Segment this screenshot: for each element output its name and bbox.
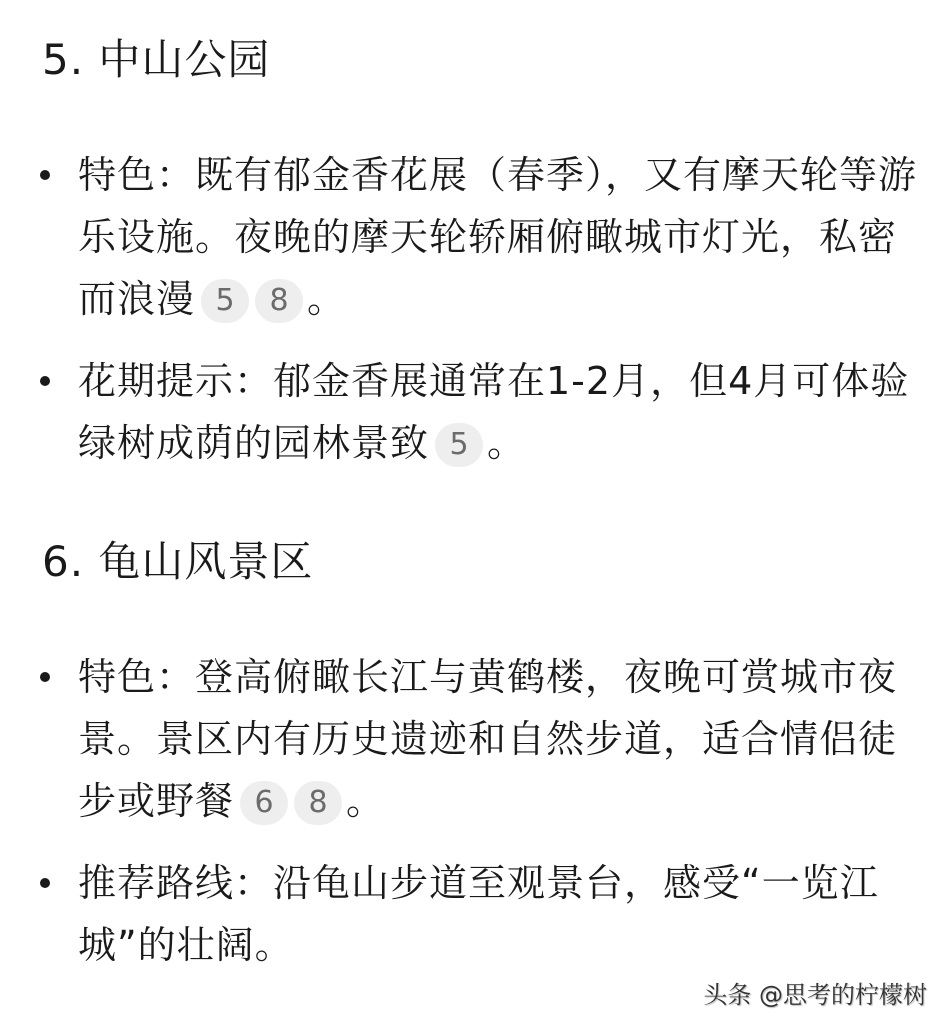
bullet-icon [40, 878, 50, 888]
list-item-feature: 特色：登高俯瞰长江与黄鹤楼，夜晚可赏城市夜景。景区内有历史遗迹和自然步道，适合情… [40, 646, 920, 832]
bullet-icon [40, 170, 50, 180]
citation-chip-6[interactable]: 6 [240, 781, 288, 825]
section-title-guishan-scenic-area: 6. 龟山风景区 [42, 532, 313, 592]
citation-chip-8[interactable]: 8 [294, 781, 342, 825]
section-title-zhongshan-park: 5. 中山公园 [42, 30, 270, 90]
item-end-punct: 。 [487, 421, 526, 465]
watermark: 头条 @思考的柠檬树 [703, 975, 927, 1010]
item-end-punct: 。 [346, 779, 385, 823]
item-text: 特色：登高俯瞰长江与黄鹤楼，夜晚可赏城市夜景。景区内有历史遗迹和自然步道，适合情… [78, 655, 897, 823]
list-item-bloom-tip: 花期提示：郁金香展通常在1-2月，但4月可体验绿树成荫的园林景致5。 [40, 350, 920, 474]
item-text: 推荐路线：沿龟山步道至观景台，感受“一览江城”的壮阔。 [78, 852, 920, 976]
list-item-recommended-route: 推荐路线：沿龟山步道至观景台，感受“一览江城”的壮阔。 [40, 852, 920, 976]
bullet-icon [40, 376, 50, 386]
bullet-icon [40, 672, 50, 682]
item-end-punct: 。 [307, 277, 346, 321]
citation-chip-8[interactable]: 8 [255, 279, 303, 323]
citation-chip-5[interactable]: 5 [435, 423, 483, 467]
citation-chip-5[interactable]: 5 [201, 279, 249, 323]
list-item-feature: 特色：既有郁金香花展（春季），又有摩天轮等游乐设施。夜晚的摩天轮轿厢俯瞰城市灯光… [40, 144, 920, 330]
